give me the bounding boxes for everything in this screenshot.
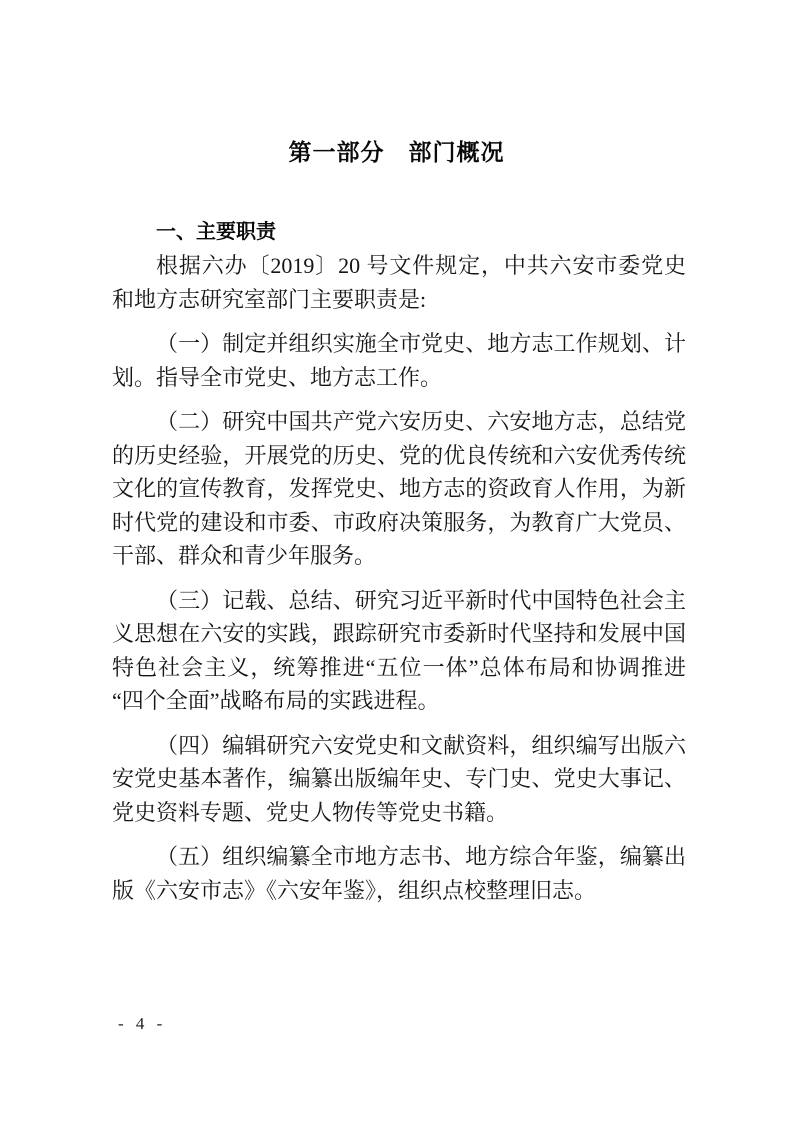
paragraph: 根据六办〔2019〕20 号文件规定，中共六安市委党史和地方志研究室部门主要职责… — [112, 249, 686, 316]
document-page: 第一部分 部门概况 一、主要职责 根据六办〔2019〕20 号文件规定，中共六安… — [0, 0, 793, 1122]
section-heading: 一、主要职责 — [112, 221, 686, 243]
paragraph: （二）研究中国共产党六安历史、六安地方志，总结党的历史经验，开展党的历史、党的优… — [112, 405, 686, 573]
page-number: - 4 - — [118, 1014, 166, 1034]
document-body: 一、主要职责 根据六办〔2019〕20 号文件规定，中共六安市委党史和地方志研究… — [112, 221, 686, 907]
paragraph: （三）记载、总结、研究习近平新时代中国特色社会主义思想在六安的实践，跟踪研究市委… — [112, 584, 686, 718]
body-paragraphs: 根据六办〔2019〕20 号文件规定，中共六安市委党史和地方志研究室部门主要职责… — [112, 249, 686, 907]
paragraph: （四）编辑研究六安党史和文献资料，组织编写出版六安党史基本著作，编纂出版编年史、… — [112, 729, 686, 830]
paragraph: （一）制定并组织实施全市党史、地方志工作规划、计划。指导全市党史、地方志工作。 — [112, 327, 686, 394]
paragraph: （五）组织编纂全市地方志书、地方综合年鉴，编纂出版《六安市志》《六安年鉴》，组织… — [112, 840, 686, 907]
page-title: 第一部分 部门概况 — [0, 0, 793, 165]
